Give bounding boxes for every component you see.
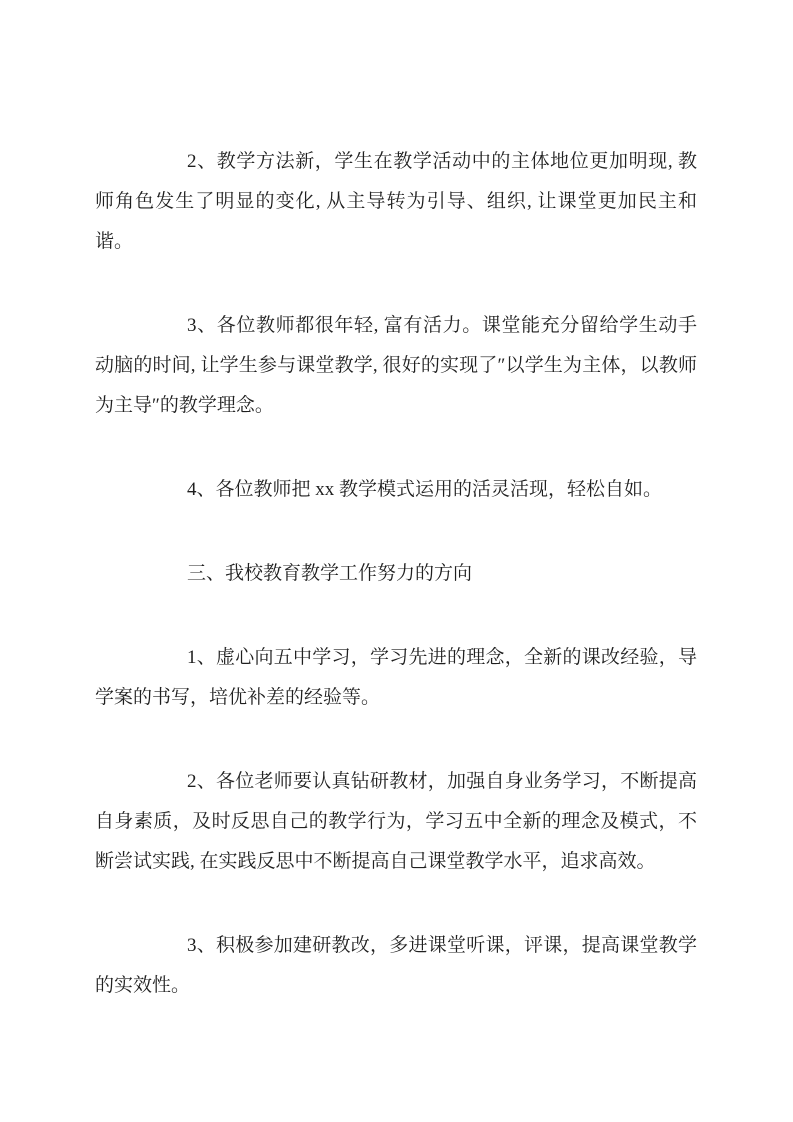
paragraph-5: 1、虚心向五中学习，学习先进的理念，全新的课改经验，导学案的书写，培优补差的经验… — [95, 638, 697, 718]
paragraph-1: 2、教学方法新，学生在教学活动中的主体地位更加明现, 教师角色发生了明显的变化,… — [95, 142, 697, 262]
paragraph-2: 3、各位教师都很年轻, 富有活力。课堂能充分留给学生动手动脑的时间, 让学生参与… — [95, 306, 697, 426]
document-body: 2、教学方法新，学生在教学活动中的主体地位更加明现, 教师角色发生了明显的变化,… — [0, 0, 793, 1006]
section-heading: 三、我校教育教学工作努力的方向 — [95, 554, 697, 594]
document-page: 2、教学方法新，学生在教学活动中的主体地位更加明现, 教师角色发生了明显的变化,… — [0, 0, 793, 1122]
paragraph-6: 2、各位老师要认真钻研教材，加强自身业务学习，不断提高自身素质，及时反思自己的教… — [95, 762, 697, 882]
paragraph-7: 3、积极参加建研教改，多进课堂听课，评课，提高课堂教学的实效性。 — [95, 926, 697, 1006]
paragraph-3: 4、各位教师把 xx 教学模式运用的活灵活现，轻松自如。 — [95, 470, 697, 510]
